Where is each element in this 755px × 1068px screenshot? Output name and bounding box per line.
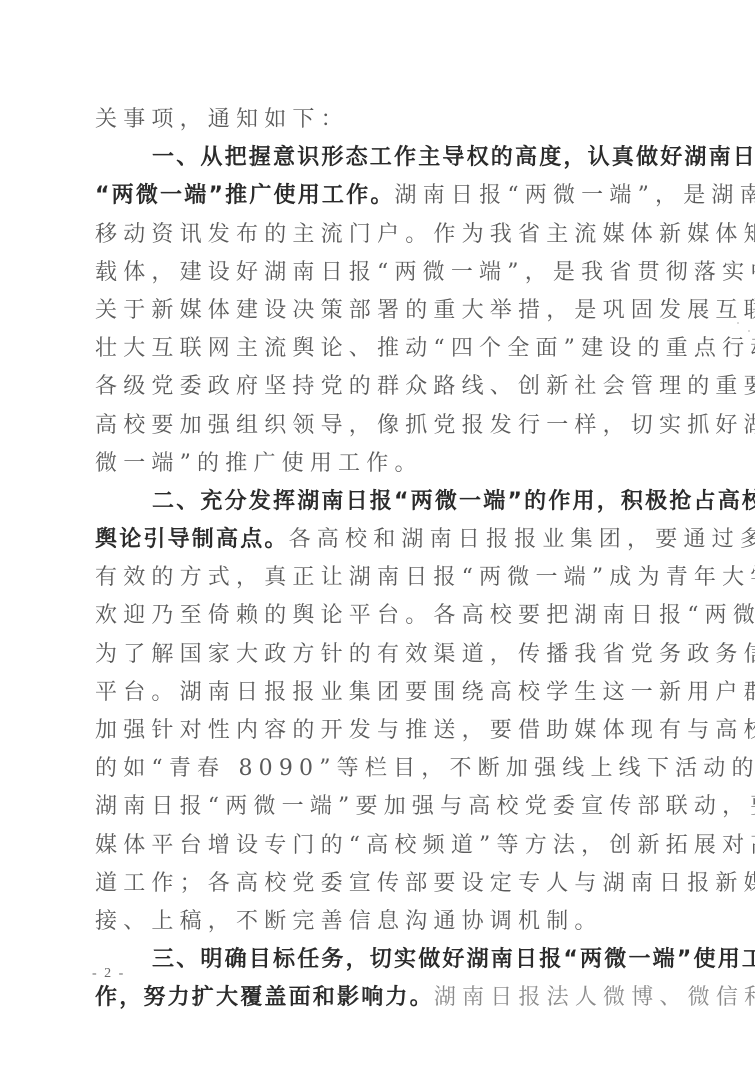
section-2-body-start: 各高校和湖南日报报业集团，要通过多种行之 <box>289 527 755 552</box>
body-line: 移动资讯发布的主流门户。作为我省主流媒体新媒体矩阵的主要 <box>95 216 700 254</box>
body-line: 微一端”的推广使用工作。 <box>95 445 700 483</box>
body-line: 的如“青春 8090”等栏目，不断加强线上线下活动的频率和质量； <box>95 750 700 788</box>
body-line: 壮大互联网主流舆论、推动“四个全面”建设的重点行动，也是 <box>95 330 700 368</box>
section-3-heading-line-2: 作，努力扩大覆盖面和影响力。 <box>95 985 434 1010</box>
body-line: 接、上稿，不断完善信息沟通协调机制。 <box>95 903 700 941</box>
section-2: 二、充分发挥湖南日报“两微一端”的作用，积极抢占高校 舆论引导制高点。各高校和湖… <box>95 483 700 941</box>
body-line: 高校要加强组织领导，像抓党报发行一样，切实抓好湖南日报“两 <box>95 407 700 445</box>
body-line: 为了解国家大政方针的有效渠道，传播我省党务政务信息的重要 <box>95 636 700 674</box>
page-number: - 2 - <box>92 966 125 982</box>
body-line: 平台。湖南日报报业集团要围绕高校学生这一新用户群的特点， <box>95 674 700 712</box>
intro-line: 关事项，通知如下： <box>95 101 700 139</box>
document-page: 关事项，通知如下： 一、从把握意识形态工作主导权的高度，认真做好湖南日报 “两微… <box>95 101 700 1018</box>
scan-speck <box>737 322 739 324</box>
section-1-heading-line-1: 一、从把握意识形态工作主导权的高度，认真做好湖南日报 <box>152 145 755 170</box>
scan-speck <box>748 330 750 332</box>
section-1-body-start: 湖南日报“两微一端”，是湖南省内 <box>395 183 755 208</box>
section-1: 一、从把握意识形态工作主导权的高度，认真做好湖南日报 “两微一端”推广使用工作。… <box>95 139 700 483</box>
body-line: 道工作；各高校党委宣传部要设定专人与湖南日报新媒体中心对 <box>95 865 700 903</box>
body-line: 湖南日报“两微一端”要加强与高校党委宣传部联动，要通过新 <box>95 788 700 826</box>
section-1-heading-line-2: “两微一端”推广使用工作。 <box>95 183 395 208</box>
section-2-heading-line-2: 舆论引导制高点。 <box>95 527 289 552</box>
section-3-heading-line-1: 三、明确目标任务，切实做好湖南日报“两微一端”使用工 <box>152 947 755 972</box>
section-3: 三、明确目标任务，切实做好湖南日报“两微一端”使用工 作，努力扩大覆盖面和影响力… <box>95 941 700 1017</box>
body-line: 关于新媒体建设决策部署的重大举措，是巩固发展互联网阵地、 <box>95 292 700 330</box>
section-2-heading-line-1: 二、充分发挥湖南日报“两微一端”的作用，积极抢占高校 <box>152 489 755 514</box>
body-line: 载体，建设好湖南日报“两微一端”，是我省贯彻落实中央和省委 <box>95 254 700 292</box>
body-line: 加强针对性内容的开发与推送，要借助媒体现有与高校关系密切 <box>95 712 700 750</box>
body-line: 各级党委政府坚持党的群众路线、创新社会管理的重要抓手。各 <box>95 368 700 406</box>
section-3-body-start: 湖南日报法人微博、微信和新闻 <box>434 985 755 1010</box>
body-line: 欢迎乃至倚赖的舆论平台。各高校要把湖南日报“两微一端”作 <box>95 597 700 635</box>
body-line: 媒体平台增设专门的“高校频道”等方法，创新拓展对高校的报 <box>95 827 700 865</box>
body-line: 有效的方式，真正让湖南日报“两微一端”成为青年大学生接受、 <box>95 559 700 597</box>
